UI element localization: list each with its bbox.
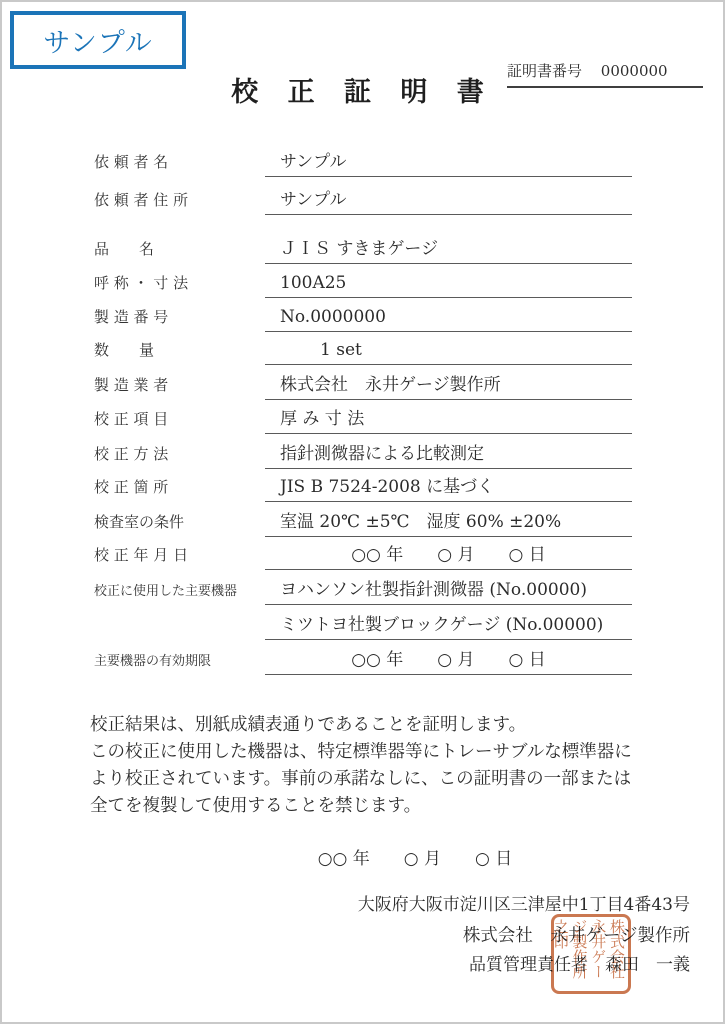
field-value: サンプル [265,185,632,215]
issue-date-line: ○○ 年 ○ 月 ○ 日 [235,844,595,869]
form-row-equipment-validity: 主要機器の有効期限 ○○ 年 ○ 月 ○ 日 [2,645,723,675]
sample-watermark-badge: サンプル [10,11,186,69]
statement-line: 全てを複製して使用することを禁じます。 [90,793,650,820]
field-label: 検査室の条件 [94,511,184,532]
field-value: 指針測微器による比較測定 [265,439,632,469]
certificate-number-line: 証明書番号 0000000 [507,60,703,88]
form-row-serial-number: 製 造 番 号 No.0000000 [2,302,723,332]
statement-line: この校正に使用した機器は、特定標準器等にトレーサブルな標準器に [90,739,650,766]
form-row-product-name: 品 名 ＪＩＳ すきまゲージ [2,234,723,264]
form-row-calibration-method: 校 正 方 法 指針測微器による比較測定 [2,439,723,469]
field-label: 校 正 項 目 [94,408,168,429]
company-seal-stamp: 株式会社永井ゲージ製作所之印 [551,914,631,994]
field-value: 株式会社 永井ゲージ製作所 [265,370,632,400]
field-value: 厚 み 寸 法 [265,404,632,434]
certification-statement: 校正結果は、別紙成績表通りであることを証明します。 この校正に使用した機器は、特… [90,712,650,820]
field-value: 1 set [265,340,632,365]
sample-badge-label: サンプル [43,21,153,60]
field-label: 依 頼 者 住 所 [94,189,188,210]
field-label: 製 造 業 者 [94,374,168,395]
statement-line: より校正されています。事前の承諾なしに、この証明書の一部または [90,766,650,793]
form-row-designation-size: 呼 称 ・ 寸 法 100A25 [2,268,723,298]
certificate-number-value: 0000000 [601,62,668,80]
form-row-quantity: 数 量 1 set [2,335,723,365]
field-value: JIS B 7524-2008 に基づく [265,472,632,502]
certificate-page: サンプル 校 正 証 明 書 証明書番号 0000000 依 頼 者 名 サンプ… [0,0,725,1024]
form-row-client-name: 依 頼 者 名 サンプル [2,147,723,177]
field-label: 校正に使用した主要機器 [94,580,237,599]
field-value: ○○ 年 ○ 月 ○ 日 [265,540,632,570]
field-label: 校 正 方 法 [94,443,168,464]
field-label: 呼 称 ・ 寸 法 [94,272,188,293]
field-label: 主要機器の有効期限 [94,650,211,669]
form-row-equipment-2: ミツトヨ社製ブロックゲージ (No.00000) [2,610,723,640]
form-row-calibration-item: 校 正 項 目 厚 み 寸 法 [2,404,723,434]
field-value: 100A25 [265,273,632,298]
certificate-number-label: 証明書番号 [507,62,582,80]
field-value: ヨハンソン社製指針測微器 (No.00000) [265,575,632,605]
field-label: 品 名 [94,238,154,259]
field-value: No.0000000 [265,307,632,332]
field-label: 依 頼 者 名 [94,151,168,172]
field-value: ○○ 年 ○ 月 ○ 日 [265,645,632,675]
field-value: ＪＩＳ すきまゲージ [265,234,632,264]
form-row-calibration-date: 校 正 年 月 日 ○○ 年 ○ 月 ○ 日 [2,540,723,570]
field-label: 校 正 年 月 日 [94,544,188,565]
form-row-manufacturer: 製 造 業 者 株式会社 永井ゲージ製作所 [2,370,723,400]
statement-line: 校正結果は、別紙成績表通りであることを証明します。 [90,712,650,739]
field-value: サンプル [265,147,632,177]
field-label: 校 正 箇 所 [94,476,168,497]
field-label: 製 造 番 号 [94,306,168,327]
field-value: ミツトヨ社製ブロックゲージ (No.00000) [265,610,632,640]
form-row-calibration-standard: 校 正 箇 所 JIS B 7524-2008 に基づく [2,472,723,502]
field-value: 室温 20℃ ±5℃ 湿度 60% ±20% [265,507,632,537]
form-row-equipment-1: 校正に使用した主要機器 ヨハンソン社製指針測微器 (No.00000) [2,575,723,605]
company-address: 大阪府大阪市淀川区三津屋中1丁目4番43号 [358,890,690,915]
form-row-lab-conditions: 検査室の条件 室温 20℃ ±5℃ 湿度 60% ±20% [2,507,723,537]
form-row-client-address: 依 頼 者 住 所 サンプル [2,185,723,215]
field-label: 数 量 [94,339,154,360]
